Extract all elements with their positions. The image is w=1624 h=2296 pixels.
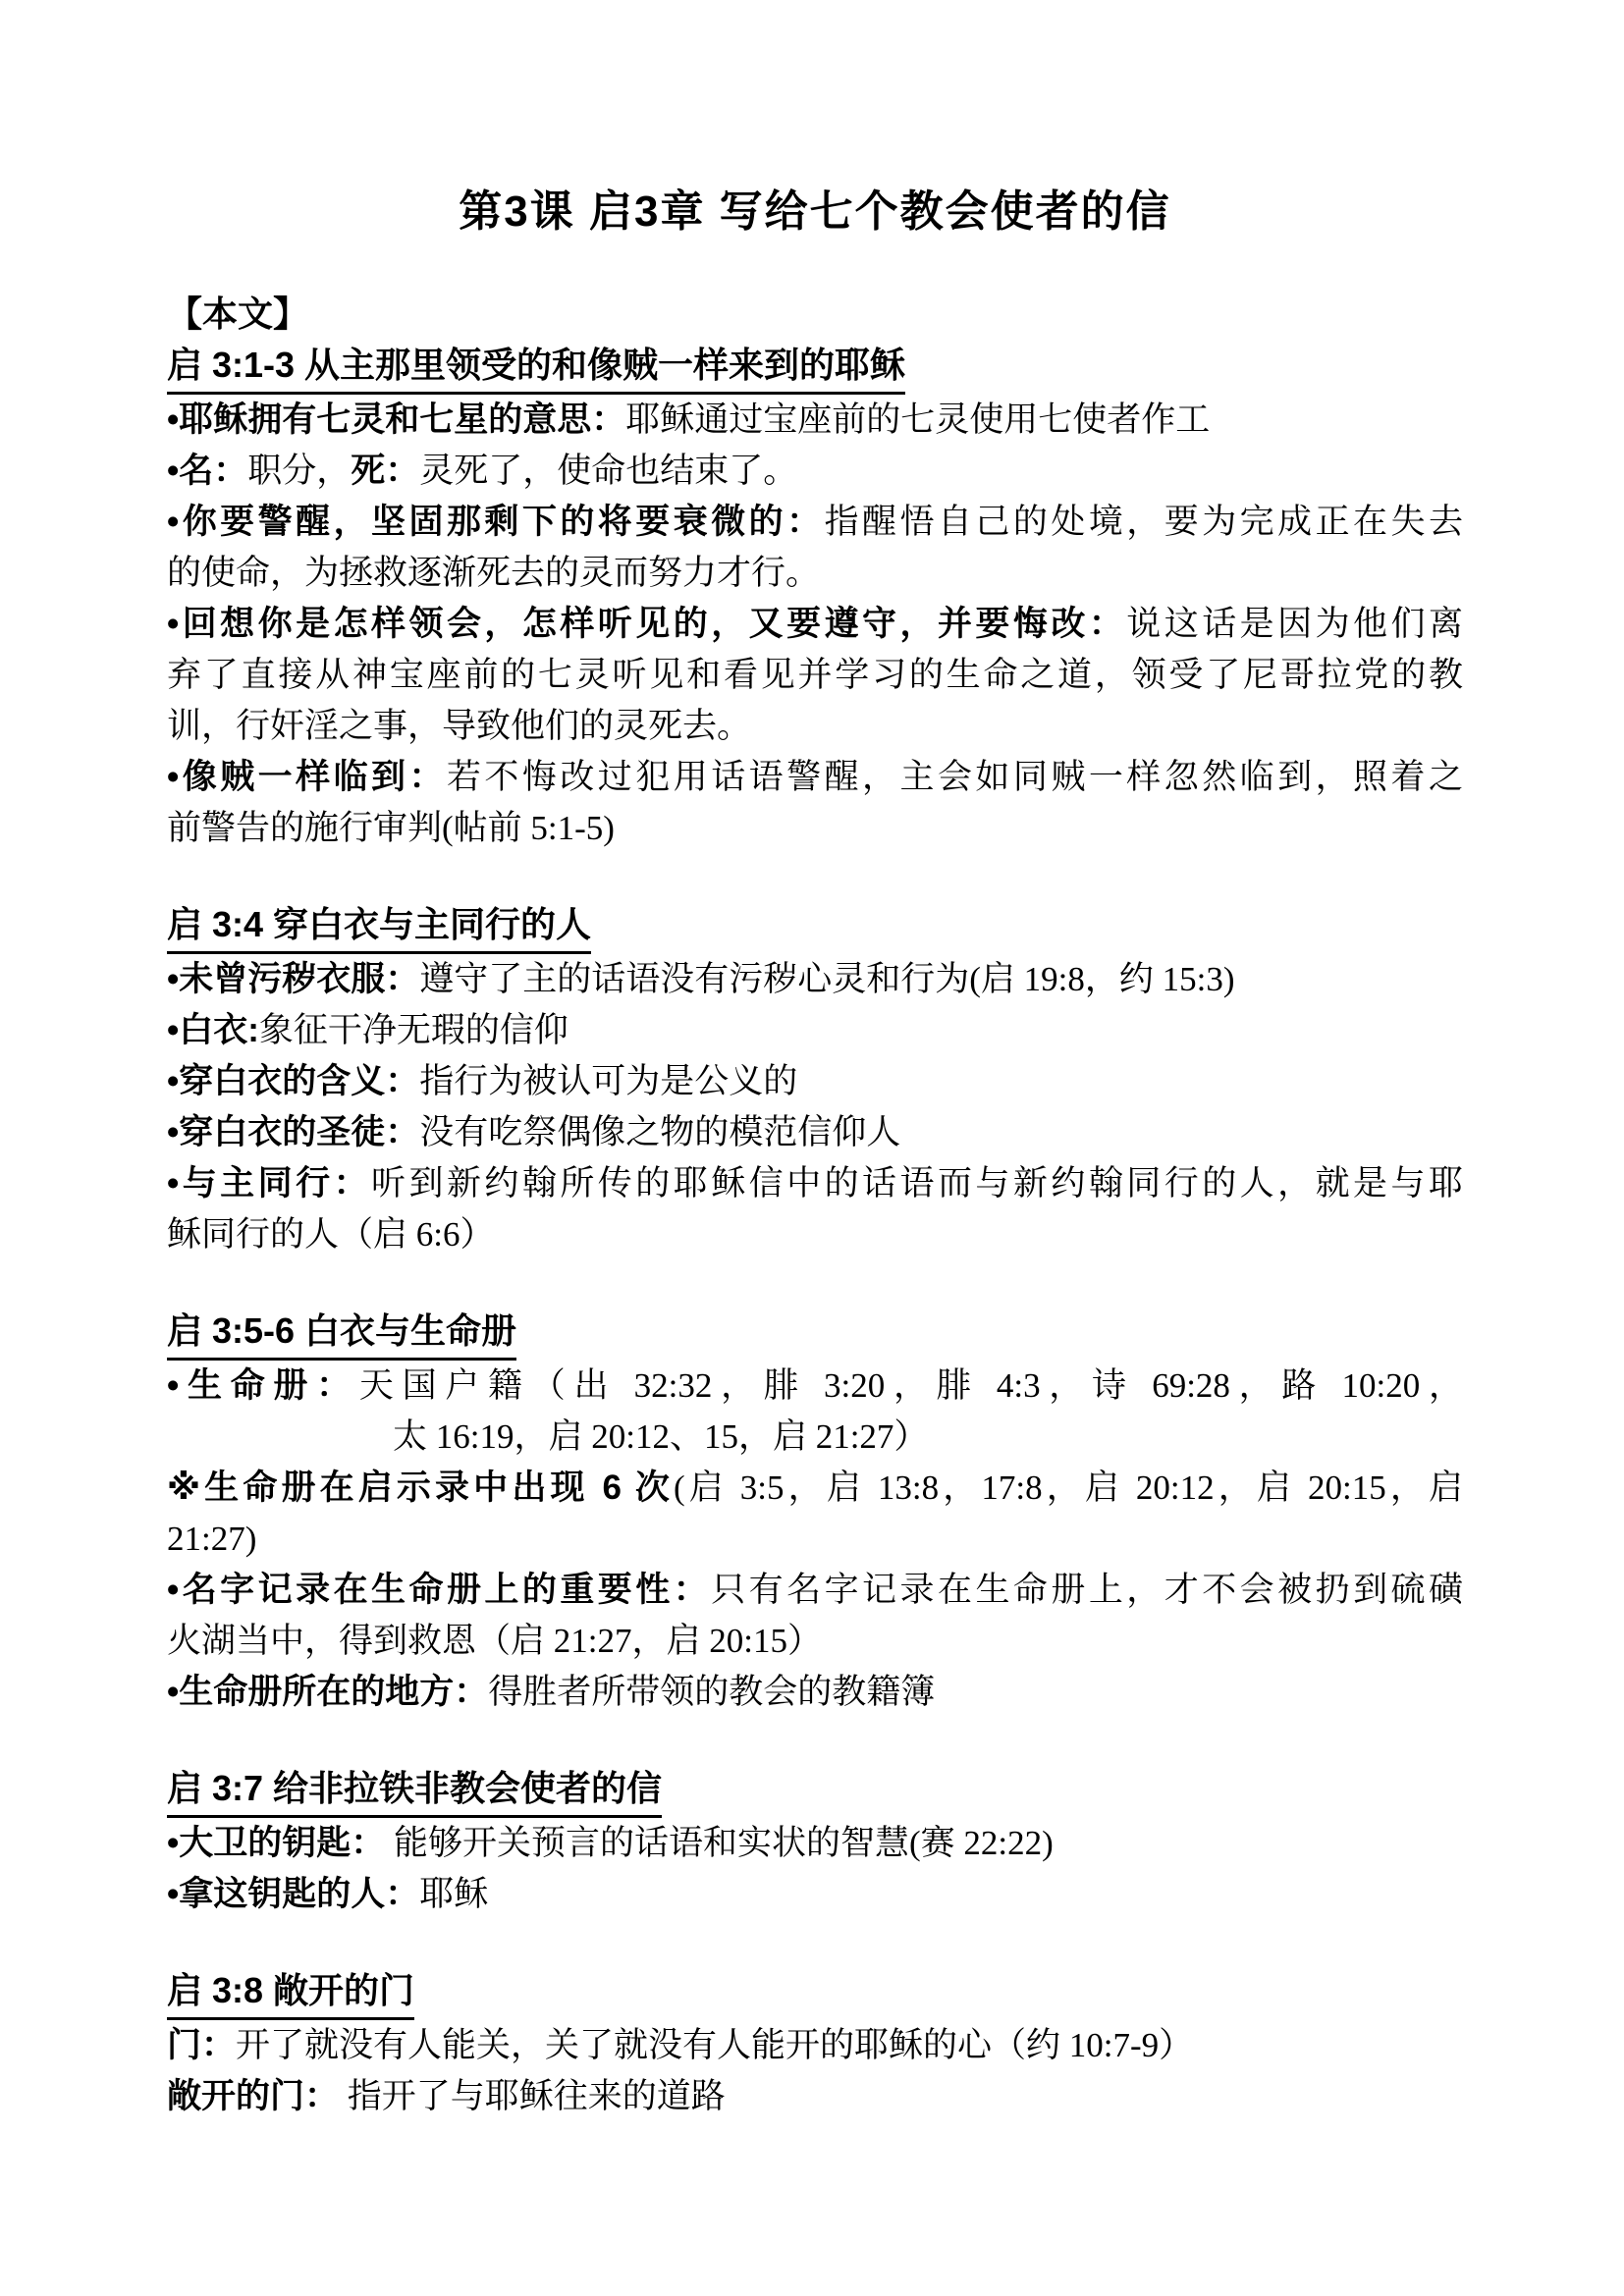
- bold-run: •穿白衣的含义：: [167, 1062, 419, 1100]
- bold-run: 敞开的门：: [167, 2077, 339, 2115]
- text-run: 太 16:19，启 20:12、15，启 21:27）: [393, 1417, 928, 1456]
- text-line: 火湖当中，得到救恩（启 21:27，启 20:15）: [167, 1616, 1463, 1667]
- text-run: 指开了与耶稣往来的道路: [339, 2077, 726, 2115]
- text-line: 训，行奸淫之事，导致他们的灵死去。: [167, 701, 1463, 752]
- text-run: 火湖当中，得到救恩（启 21:27，启 20:15）: [167, 1622, 822, 1660]
- bold-run: •你要警醒，坚固那剩下的将要衰微的：: [167, 503, 825, 541]
- text-run: 指醒悟自己的处境，要为完成正在失去: [825, 503, 1463, 541]
- text-line: •白衣:象征干净无瑕的信仰: [167, 1005, 1463, 1056]
- text-run: 象征干净无瑕的信仰: [259, 1011, 568, 1049]
- bold-run: •生命册：: [167, 1366, 359, 1405]
- text-line: •像贼一样临到：若不悔改过犯用话语警醒，主会如同贼一样忽然临到，照着之: [167, 752, 1463, 803]
- text-run: 天国户籍（出 32:32，腓 3:20，腓 4:3，诗 69:28，路 10:2…: [359, 1366, 1463, 1405]
- bold-run: 死：: [351, 452, 419, 490]
- bold-run: •穿白衣的圣徒：: [167, 1113, 419, 1151]
- text-line: •你要警醒，坚固那剩下的将要衰微的：指醒悟自己的处境，要为完成正在失去: [167, 497, 1463, 548]
- text-line: •穿白衣的含义：指行为被认可为是公义的: [167, 1056, 1463, 1107]
- section: 启 3:1-3 从主那里领受的和像贼一样来到的耶稣•耶稣拥有七灵和七星的意思：耶…: [167, 340, 1463, 854]
- text-run: 职分，: [247, 452, 351, 490]
- text-line: •名：职分，死：灵死了，使命也结束了。: [167, 446, 1463, 497]
- text-run: 开了就没有人能关，关了就没有人能开的耶稣的心（约 10:7-9）: [236, 2026, 1193, 2064]
- text-line: •耶稣拥有七灵和七星的意思：耶稣通过宝座前的七灵使用七使者作工: [167, 395, 1463, 446]
- text-line: 稣同行的人（启 6:6）: [167, 1209, 1463, 1260]
- text-line: •生命册所在的地方：得胜者所带领的教会的教籍簿: [167, 1667, 1463, 1718]
- bold-run: •回想你是怎样领会，怎样听见的，又要遵守，并要悔改：: [167, 605, 1126, 643]
- section-heading-text: 启 3:5-6 白衣与生命册: [167, 1306, 516, 1361]
- text-line: •拿这钥匙的人：耶稣: [167, 1869, 1463, 1920]
- text-run: 说这话是因为他们离: [1126, 605, 1463, 643]
- text-line: ※生命册在启示录中出现 6 次(启 3:5，启 13:8，17:8，启 20:1…: [167, 1463, 1463, 1514]
- text-line: 前警告的施行审判(帖前 5:1-5): [167, 803, 1463, 854]
- text-run: 耶稣通过宝座前的七灵使用七使者作工: [625, 400, 1210, 439]
- text-line: •大卫的钥匙： 能够开关预言的话语和实状的智慧(赛 22:22): [167, 1818, 1463, 1869]
- section-heading: 启 3:7 给非拉铁非教会使者的信: [167, 1763, 1463, 1818]
- bold-run: 门：: [167, 2026, 236, 2064]
- text-run: 的使命，为拯救逐渐死去的灵而努力才行。: [167, 554, 820, 592]
- bold-run: ※生命册在启示录中出现 6 次: [167, 1468, 674, 1507]
- section-heading: 启 3:8 敞开的门: [167, 1965, 1463, 2020]
- section-heading-text: 启 3:8 敞开的门: [167, 1965, 414, 2020]
- bold-run: •名字记录在生命册上的重要性：: [167, 1571, 711, 1609]
- text-run: (启 3:5，启 13:8，17:8，启 20:12，启 20:15，启: [674, 1468, 1463, 1507]
- text-run: 若不悔改过犯用话语警醒，主会如同贼一样忽然临到，照着之: [447, 758, 1463, 796]
- section: 启 3:7 给非拉铁非教会使者的信•大卫的钥匙： 能够开关预言的话语和实状的智慧…: [167, 1763, 1463, 1920]
- text-run: 21:27): [167, 1520, 256, 1558]
- text-run: 稣同行的人（启 6:6）: [167, 1215, 494, 1254]
- text-run: 没有吃祭偶像之物的模范信仰人: [419, 1113, 900, 1151]
- text-run: 听到新约翰所传的耶稣信中的话语而与新约翰同行的人，就是与耶: [371, 1164, 1463, 1202]
- text-line: •未曾污秽衣服：遵守了主的话语没有污秽心灵和行为(启 19:8，约 15:3): [167, 954, 1463, 1005]
- section-heading: 启 3:4 穿白衣与主同行的人: [167, 899, 1463, 954]
- text-line: 弃了直接从神宝座前的七灵听见和看见并学习的生命之道，领受了尼哥拉党的教: [167, 650, 1463, 701]
- document-page: 第3课 启3章 写给七个教会使者的信 【本文】 启 3:1-3 从主那里领受的和…: [0, 0, 1624, 2296]
- text-run: 灵死了，使命也结束了。: [419, 452, 797, 490]
- bold-run: •像贼一样临到：: [167, 758, 447, 796]
- section-heading: 启 3:5-6 白衣与生命册: [167, 1306, 1463, 1361]
- section: 启 3:5-6 白衣与生命册•生命册：天国户籍（出 32:32，腓 3:20，腓…: [167, 1306, 1463, 1718]
- text-line: 21:27): [167, 1514, 1463, 1565]
- text-run: 得胜者所带领的教会的教籍簿: [488, 1673, 935, 1711]
- text-line: 太 16:19，启 20:12、15，启 21:27）: [167, 1412, 1463, 1463]
- text-line: •生命册：天国户籍（出 32:32，腓 3:20，腓 4:3，诗 69:28，路…: [167, 1361, 1463, 1412]
- bold-run: •与主同行：: [167, 1164, 371, 1202]
- section-heading: 启 3:1-3 从主那里领受的和像贼一样来到的耶稣: [167, 340, 1463, 395]
- page-title: 第3课 启3章 写给七个教会使者的信: [167, 183, 1463, 241]
- text-run: 只有名字记录在生命册上，才不会被扔到硫磺: [711, 1571, 1463, 1609]
- bold-run: •名：: [167, 452, 247, 490]
- section-heading-text: 启 3:4 穿白衣与主同行的人: [167, 899, 591, 954]
- bold-run: •耶稣拥有七灵和七星的意思：: [167, 400, 625, 439]
- text-line: •回想你是怎样领会，怎样听见的，又要遵守，并要悔改：说这话是因为他们离: [167, 599, 1463, 650]
- text-run: 指行为被认可为是公义的: [419, 1062, 797, 1100]
- text-line: •名字记录在生命册上的重要性：只有名字记录在生命册上，才不会被扔到硫磺: [167, 1565, 1463, 1616]
- section: 启 3:4 穿白衣与主同行的人•未曾污秽衣服：遵守了主的话语没有污秽心灵和行为(…: [167, 899, 1463, 1260]
- bold-run: •拿这钥匙的人：: [167, 1875, 419, 1913]
- bold-run: •大卫的钥匙：: [167, 1824, 385, 1862]
- bold-run: •白衣:: [167, 1011, 259, 1049]
- text-run: 耶稣: [419, 1875, 488, 1913]
- text-line: 门：开了就没有人能关，关了就没有人能开的耶稣的心（约 10:7-9）: [167, 2020, 1463, 2071]
- text-run: 训，行奸淫之事，导致他们的灵死去。: [167, 707, 751, 745]
- text-run: 前警告的施行审判(帖前 5:1-5): [167, 809, 615, 847]
- document-body: 启 3:1-3 从主那里领受的和像贼一样来到的耶稣•耶稣拥有七灵和七星的意思：耶…: [167, 340, 1463, 2122]
- text-run: 能够开关预言的话语和实状的智慧(赛 22:22): [385, 1824, 1054, 1862]
- text-line: 敞开的门： 指开了与耶稣往来的道路: [167, 2071, 1463, 2122]
- text-line: 的使命，为拯救逐渐死去的灵而努力才行。: [167, 548, 1463, 599]
- section-heading-text: 启 3:7 给非拉铁非教会使者的信: [167, 1763, 662, 1818]
- text-line: •穿白衣的圣徒：没有吃祭偶像之物的模范信仰人: [167, 1107, 1463, 1158]
- text-run: 弃了直接从神宝座前的七灵听见和看见并学习的生命之道，领受了尼哥拉党的教: [167, 656, 1463, 694]
- bold-run: •未曾污秽衣服：: [167, 960, 419, 998]
- body-label: 【本文】: [167, 289, 1463, 340]
- section-heading-text: 启 3:1-3 从主那里领受的和像贼一样来到的耶稣: [167, 340, 905, 395]
- text-line: •与主同行：听到新约翰所传的耶稣信中的话语而与新约翰同行的人，就是与耶: [167, 1158, 1463, 1209]
- bold-run: •生命册所在的地方：: [167, 1673, 488, 1711]
- section: 启 3:8 敞开的门门：开了就没有人能关，关了就没有人能开的耶稣的心（约 10:…: [167, 1965, 1463, 2122]
- text-run: 遵守了主的话语没有污秽心灵和行为(启 19:8，约 15:3): [419, 960, 1234, 998]
